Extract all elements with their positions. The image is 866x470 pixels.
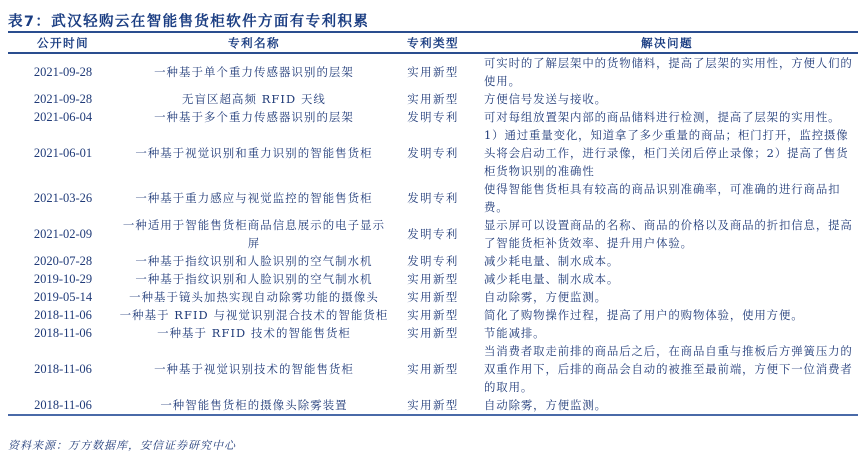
patent-table: 公开时间 专利名称 专利类型 解决问题 2021-09-28一种基于单个重力传感…	[8, 31, 858, 416]
cell-date: 2021-02-09	[8, 216, 118, 252]
table-row: 2021-02-09一种适用于智能售货柜商品信息展示的电子显示屏发明专利显示屏可…	[8, 216, 858, 252]
cell-desc: 节能减排。	[476, 324, 858, 342]
table-row: 2019-10-29一种基于指纹识别和人脸识别的空气制水机实用新型减少耗电量、制…	[8, 270, 858, 288]
cell-name: 一种基于镜头加热实现自动除雾功能的摄像头	[118, 288, 390, 306]
cell-desc: 自动除雾，方便监测。	[476, 396, 858, 415]
table-row: 2018-11-06一种基于 RFID 技术的智能售货柜实用新型节能减排。	[8, 324, 858, 342]
cell-name: 一种智能售货柜的摄像头除雾装置	[118, 396, 390, 415]
table-title: 表7：武汉轻购云在智能售货柜软件方面有专利积累	[8, 10, 369, 31]
cell-name: 一种适用于智能售货柜商品信息展示的电子显示屏	[118, 216, 390, 252]
table-row: 2021-09-28一种基于单个重力传感器识别的层架实用新型可实时的了解层架中的…	[8, 53, 858, 90]
cell-desc: 可实时的了解层架中的货物储料，提高了层架的实用性，方便人们的使用。	[476, 53, 858, 90]
cell-type: 发明专利	[390, 126, 476, 180]
cell-desc: 1）通过重量变化，知道拿了多少重量的商品；柜门打开，监控摄像头将会启动工作，进行…	[476, 126, 858, 180]
cell-type: 实用新型	[390, 53, 476, 90]
cell-date: 2019-10-29	[8, 270, 118, 288]
cell-name: 一种基于单个重力传感器识别的层架	[118, 53, 390, 90]
table-row: 2018-11-06一种基于 RFID 与视觉识别混合技术的智能货柜实用新型简化…	[8, 306, 858, 324]
cell-type: 发明专利	[390, 216, 476, 252]
cell-name: 一种基于指纹识别和人脸识别的空气制水机	[118, 252, 390, 270]
cell-date: 2018-11-06	[8, 342, 118, 396]
cell-name: 一种基于 RFID 与视觉识别混合技术的智能货柜	[118, 306, 390, 324]
cell-date: 2019-05-14	[8, 288, 118, 306]
cell-type: 发明专利	[390, 252, 476, 270]
cell-name: 无盲区超高频 RFID 天线	[118, 90, 390, 108]
cell-date: 2021-06-01	[8, 126, 118, 180]
table-row: 2021-09-28无盲区超高频 RFID 天线实用新型方便信号发送与接收。	[8, 90, 858, 108]
table-row: 2021-03-26一种基于重力感应与视觉监控的智能售货柜发明专利使得智能售货柜…	[8, 180, 858, 216]
cell-desc: 减少耗电量、制水成本。	[476, 252, 858, 270]
table-row: 2021-06-04一种基于多个重力传感器识别的层架发明专利可对每组放置架内部的…	[8, 108, 858, 126]
cell-desc: 使得智能售货柜具有较高的商品识别准确率，可准确的进行商品扣费。	[476, 180, 858, 216]
cell-name: 一种基于视觉识别和重力识别的智能售货柜	[118, 126, 390, 180]
cell-name: 一种基于多个重力传感器识别的层架	[118, 108, 390, 126]
cell-desc: 自动除雾，方便监测。	[476, 288, 858, 306]
header-date: 公开时间	[8, 32, 118, 53]
cell-desc: 简化了购物操作过程，提高了用户的购物体验，使用方便。	[476, 306, 858, 324]
cell-type: 实用新型	[390, 342, 476, 396]
cell-date: 2021-09-28	[8, 90, 118, 108]
cell-type: 实用新型	[390, 306, 476, 324]
cell-type: 实用新型	[390, 90, 476, 108]
table-row: 2020-07-28一种基于指纹识别和人脸识别的空气制水机发明专利减少耗电量、制…	[8, 252, 858, 270]
table-row: 2018-11-06一种基于视觉识别技术的智能售货柜实用新型当消费者取走前排的商…	[8, 342, 858, 396]
header-name: 专利名称	[118, 32, 390, 53]
cell-desc: 减少耗电量、制水成本。	[476, 270, 858, 288]
cell-date: 2018-11-06	[8, 324, 118, 342]
cell-date: 2021-06-04	[8, 108, 118, 126]
table-header-row: 公开时间 专利名称 专利类型 解决问题	[8, 32, 858, 53]
cell-desc: 显示屏可以设置商品的名称、商品的价格以及商品的折扣信息，提高了智能货柜补货效率、…	[476, 216, 858, 252]
header-type: 专利类型	[390, 32, 476, 53]
cell-type: 发明专利	[390, 108, 476, 126]
cell-date: 2018-11-06	[8, 306, 118, 324]
cell-date: 2018-11-06	[8, 396, 118, 415]
header-desc: 解决问题	[476, 32, 858, 53]
cell-date: 2021-09-28	[8, 53, 118, 90]
cell-desc: 可对每组放置架内部的商品储料进行检测，提高了层架的实用性。	[476, 108, 858, 126]
table-row: 2019-05-14一种基于镜头加热实现自动除雾功能的摄像头实用新型自动除雾，方…	[8, 288, 858, 306]
cell-name: 一种基于重力感应与视觉监控的智能售货柜	[118, 180, 390, 216]
cell-name: 一种基于 RFID 技术的智能售货柜	[118, 324, 390, 342]
table-row: 2021-06-01一种基于视觉识别和重力识别的智能售货柜发明专利1）通过重量变…	[8, 126, 858, 180]
cell-desc: 当消费者取走前排的商品后之后，在商品自重与推板后方弹簧压力的双重作用下，后排的商…	[476, 342, 858, 396]
cell-desc: 方便信号发送与接收。	[476, 90, 858, 108]
cell-name: 一种基于指纹识别和人脸识别的空气制水机	[118, 270, 390, 288]
cell-type: 实用新型	[390, 270, 476, 288]
source-note: 资料来源：万方数据库，安信证券研究中心	[8, 437, 236, 453]
cell-type: 实用新型	[390, 324, 476, 342]
cell-type: 发明专利	[390, 180, 476, 216]
cell-type: 实用新型	[390, 396, 476, 415]
table-row: 2018-11-06一种智能售货柜的摄像头除雾装置实用新型自动除雾，方便监测。	[8, 396, 858, 415]
cell-date: 2021-03-26	[8, 180, 118, 216]
cell-type: 实用新型	[390, 288, 476, 306]
cell-date: 2020-07-28	[8, 252, 118, 270]
cell-name: 一种基于视觉识别技术的智能售货柜	[118, 342, 390, 396]
